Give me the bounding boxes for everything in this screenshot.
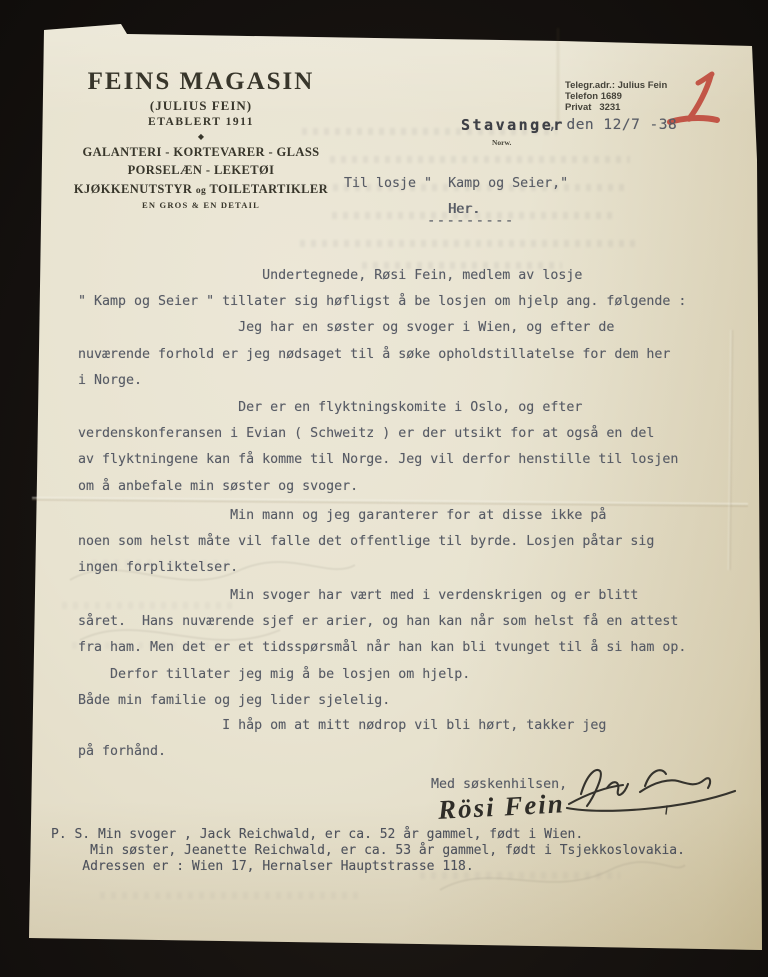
text-line: nuværende forhold er jeg nødsaget til å … <box>78 342 686 368</box>
text-line: Min mann og jeg garanterer for at disse … <box>78 503 654 529</box>
text-line: Derfor tillater jeg mig å be losjen om h… <box>78 662 686 688</box>
text-line: Både min familie og jeg lider sjelelig. <box>78 688 686 714</box>
dateline-date: , den 12/7 -38 <box>548 117 677 133</box>
diamond-ornament-icon: ◆ <box>58 133 344 141</box>
body-paragraph-4: Min svoger har vært med i verdenskrigen … <box>78 583 686 714</box>
body-paragraph-2: Der er en flyktningskomite i Oslo, og ef… <box>78 395 678 500</box>
text-line: av flyktningene kan få komme til Norge. … <box>78 447 678 473</box>
text-line: P. S. Min svoger , Jack Reichwald, er ca… <box>51 827 685 843</box>
body-paragraph-3: Min mann og jeg garanterer for at disse … <box>78 503 654 582</box>
text-line: verdenskonferansen i Evian ( Schweitz ) … <box>78 421 678 447</box>
bleedthrough-smudge <box>330 156 630 163</box>
text-line: noen som helst måte vil falle det offent… <box>78 529 654 555</box>
recipient-underline-dashes: --------- <box>427 213 515 229</box>
text-line: Der er en flyktningskomite i Oslo, og ef… <box>78 395 678 421</box>
product-line-3: KJØKKENUTSTYR og TOILETARTIKLER <box>58 182 344 197</box>
contact-block: Telegr.adr.: Julius Fein Telefon 1689 Pr… <box>565 80 667 113</box>
scanned-letter-page: { "annotation": { "page_number": "1" }, … <box>0 0 768 977</box>
body-paragraph-5: I håp om at mitt nødrop vil bli hørt, ta… <box>78 713 606 765</box>
recipient-line: Til losje " Kamp og Seier," <box>344 176 568 191</box>
trade-line: EN GROS & EN DETAIL <box>58 200 344 210</box>
handwritten-signature-icon <box>563 758 753 820</box>
bleedthrough-smudge <box>300 240 640 247</box>
text-line: om å anbefale min søster og svoger. <box>78 474 678 500</box>
text-line: Adressen er : Wien 17, Hernalser Hauptst… <box>51 859 685 875</box>
postscript-block: P. S. Min svoger , Jack Reichwald, er ca… <box>51 827 685 874</box>
letterhead: FEINS MAGASIN (JULIUS FEIN) ETABLERT 191… <box>58 68 344 210</box>
text-line: ingen forpliktelser. <box>78 555 654 581</box>
text-line: Min svoger har vært med i verdenskrigen … <box>78 583 686 609</box>
text-line: I håp om at mitt nødrop vil bli hørt, ta… <box>78 713 606 739</box>
text-line: " Kamp og Seier " tillater sig høfligst … <box>78 289 686 315</box>
bleedthrough-smudge <box>100 892 360 899</box>
company-name: FEINS MAGASIN <box>58 68 344 96</box>
vertical-crease-top <box>557 28 559 123</box>
text-line: Undertegnede, Røsi Fein, medlem av losje <box>78 263 686 289</box>
product-line-1: GALANTERI - KORTEVARER - GLASS <box>58 145 344 160</box>
text-line: Min søster, Jeanette Reichwald, er ca. 5… <box>51 843 685 859</box>
text-line: på forhånd. <box>78 739 606 765</box>
established-line: ETABLERT 1911 <box>58 116 344 128</box>
dateline-country-note: Norw. <box>492 138 511 147</box>
product-line-2: PORSELÆN - LEKETØI <box>58 163 344 178</box>
text-line: fra ham. Men det er et tidsspørsmål når … <box>78 635 686 661</box>
body-paragraph-1: Undertegnede, Røsi Fein, medlem av losje… <box>78 263 686 394</box>
text-line: Jeg har en søster og svoger i Wien, og e… <box>78 315 686 341</box>
text-line: i Norge. <box>78 368 686 394</box>
owner-name: (JULIUS FEIN) <box>58 98 344 114</box>
signature-scribble <box>563 758 753 824</box>
text-line: såret. Hans nuværende sjef er arier, og … <box>78 609 686 635</box>
